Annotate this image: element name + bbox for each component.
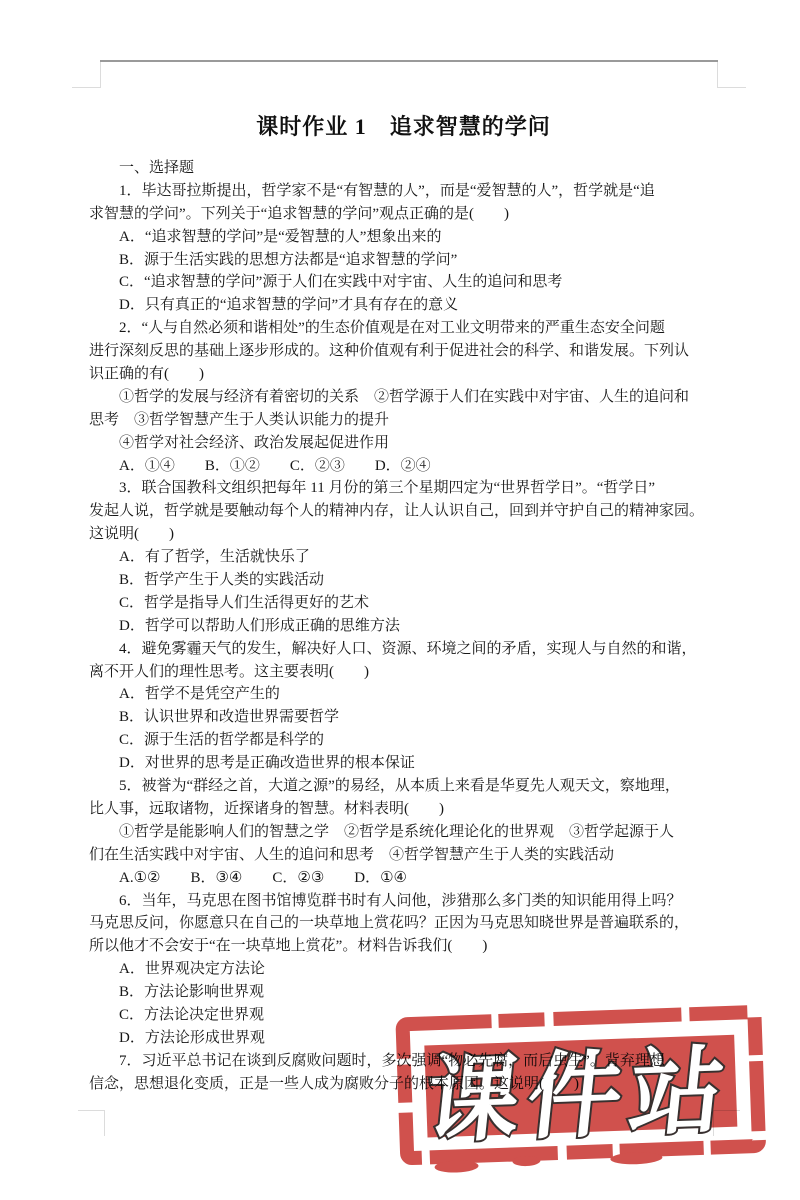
document-line: ①哲学的发展与经济有着密切的关系 ②哲学源于人们在实践中对宇宙、人生的追问和	[89, 386, 769, 409]
document-line: 3．联合国教科文组织把每年 11 月份的第三个星期四定为“世界哲学日”。“哲学日…	[89, 477, 769, 500]
header-rule	[100, 60, 718, 62]
document-line: ④哲学对社会经济、政治发展起促进作用	[89, 432, 769, 455]
document-line: 这说明( )	[89, 523, 769, 546]
document-line: C．“追求智慧的学问”源于人们在实践中对宇宙、人生的追问和思考	[89, 271, 769, 294]
document-line: 离不开人们的理性思考。这主要表明( )	[89, 661, 769, 684]
document-line: D．哲学可以帮助人们形成正确的思维方法	[89, 615, 769, 638]
document-line: C．方法论决定世界观	[89, 1004, 769, 1027]
margin-mark-top-left	[72, 87, 101, 88]
stamp-grunge-blob	[434, 1160, 478, 1174]
document-line: B．认识世界和改造世界需要哲学	[89, 706, 769, 729]
document-line: B．哲学产生于人类的实践活动	[89, 569, 769, 592]
document-line: 发起人说，哲学就是要触动每个人的精神内存，让人认识自己，回到并守护自己的精神家园…	[89, 500, 769, 523]
document-line: D．对世界的思考是正确改造世界的根本保证	[89, 752, 769, 775]
document-line: 马克思反问，你愿意只在自己的一块草地上赏花吗？正因为马克思知晓世界是普遍联系的，	[89, 912, 769, 935]
document-line: ①哲学是能影响人们的智慧之学 ②哲学是系统化理论化的世界观 ③哲学起源于人	[89, 821, 769, 844]
document-line: B．方法论影响世界观	[89, 981, 769, 1004]
document-line: 所以他才不会安于“在一块草地上赏花”。材料告诉我们( )	[89, 935, 769, 958]
document-line: A．哲学不是凭空产生的	[89, 683, 769, 706]
page-title: 课时作业 1 追求智慧的学问	[89, 110, 718, 141]
margin-mark-top-left	[100, 62, 101, 87]
margin-mark-bottom-right	[713, 1110, 740, 1111]
document-line: 识正确的有( )	[89, 363, 769, 386]
document-line: 4．避免雾霾天气的发生，解决好人口、资源、环境之间的矛盾，实现人与自然的和谐，	[89, 638, 769, 661]
document-line: A．世界观决定方法论	[89, 958, 769, 981]
document-line: C．哲学是指导人们生活得更好的艺术	[89, 592, 769, 615]
document-line: 7．习近平总书记在谈到反腐败问题时，多次强调“物必先腐，而后虫生”。背弃理想	[89, 1050, 769, 1073]
margin-mark-bottom-left	[104, 1110, 105, 1136]
document-line: C．源于生活的哲学都是科学的	[89, 729, 769, 752]
document-line: B．源于生活实践的思想方法都是“追求智慧的学问”	[89, 249, 769, 272]
document-line: 一、选择题	[89, 157, 769, 180]
document-page: 课时作业 1 追求智慧的学问 一、选择题1．毕达哥拉斯提出，哲学家不是“有智慧的…	[0, 0, 800, 1200]
margin-mark-bottom-right	[713, 1110, 714, 1136]
margin-mark-top-right	[717, 62, 718, 87]
document-line: 思考 ③哲学智慧产生于人类认识能力的提升	[89, 409, 769, 432]
document-line: A．有了哲学，生活就快乐了	[89, 546, 769, 569]
document-line: A.①② B．③④ C．②③ D．①④	[89, 867, 769, 890]
document-line: 们在生活实践中对宇宙、人生的追问和思考 ④哲学智慧产生于人类的实践活动	[89, 844, 769, 867]
document-line: 1．毕达哥拉斯提出，哲学家不是“有智慧的人”，而是“爱智慧的人”，哲学就是“追	[89, 180, 769, 203]
document-body: 一、选择题1．毕达哥拉斯提出，哲学家不是“有智慧的人”，而是“爱智慧的人”，哲学…	[89, 157, 769, 1096]
margin-mark-bottom-left	[78, 1110, 105, 1111]
document-line: 5．被誉为“群经之首，大道之源”的易经，从本质上来看是华夏先人观天文，察地理，	[89, 775, 769, 798]
stamp-grunge-blob	[512, 1156, 540, 1167]
document-line: 求智慧的学问”。下列关于“追求智慧的学问”观点正确的是( )	[89, 203, 769, 226]
document-line: 6．当年，马克思在图书馆博览群书时有人问他，涉猎那么多门类的知识能用得上吗？	[89, 890, 769, 913]
document-line: A．①④ B．①② C．②③ D．②④	[89, 455, 769, 478]
document-line: 进行深刻反思的基础上逐步形成的。这种价值观有利于促进社会的科学、和谐发展。下列认	[89, 340, 769, 363]
document-line: A．“追求智慧的学问”是“爱智慧的人”想象出来的	[89, 226, 769, 249]
document-line: D．只有真正的“追求智慧的学问”才具有存在的意义	[89, 294, 769, 317]
document-line: 2．“人与自然必须和谐相处”的生态价值观是在对工业文明带来的严重生态安全问题	[89, 317, 769, 340]
document-line: 信念，思想退化变质，正是一些人成为腐败分子的根本原因。这说明( )	[89, 1073, 769, 1096]
stamp-grunge-blob	[610, 1151, 662, 1165]
margin-mark-top-right	[717, 87, 746, 88]
document-line: 比人事，远取诸物，近探诸身的智慧。材料表明( )	[89, 798, 769, 821]
document-line: D．方法论形成世界观	[89, 1027, 769, 1050]
